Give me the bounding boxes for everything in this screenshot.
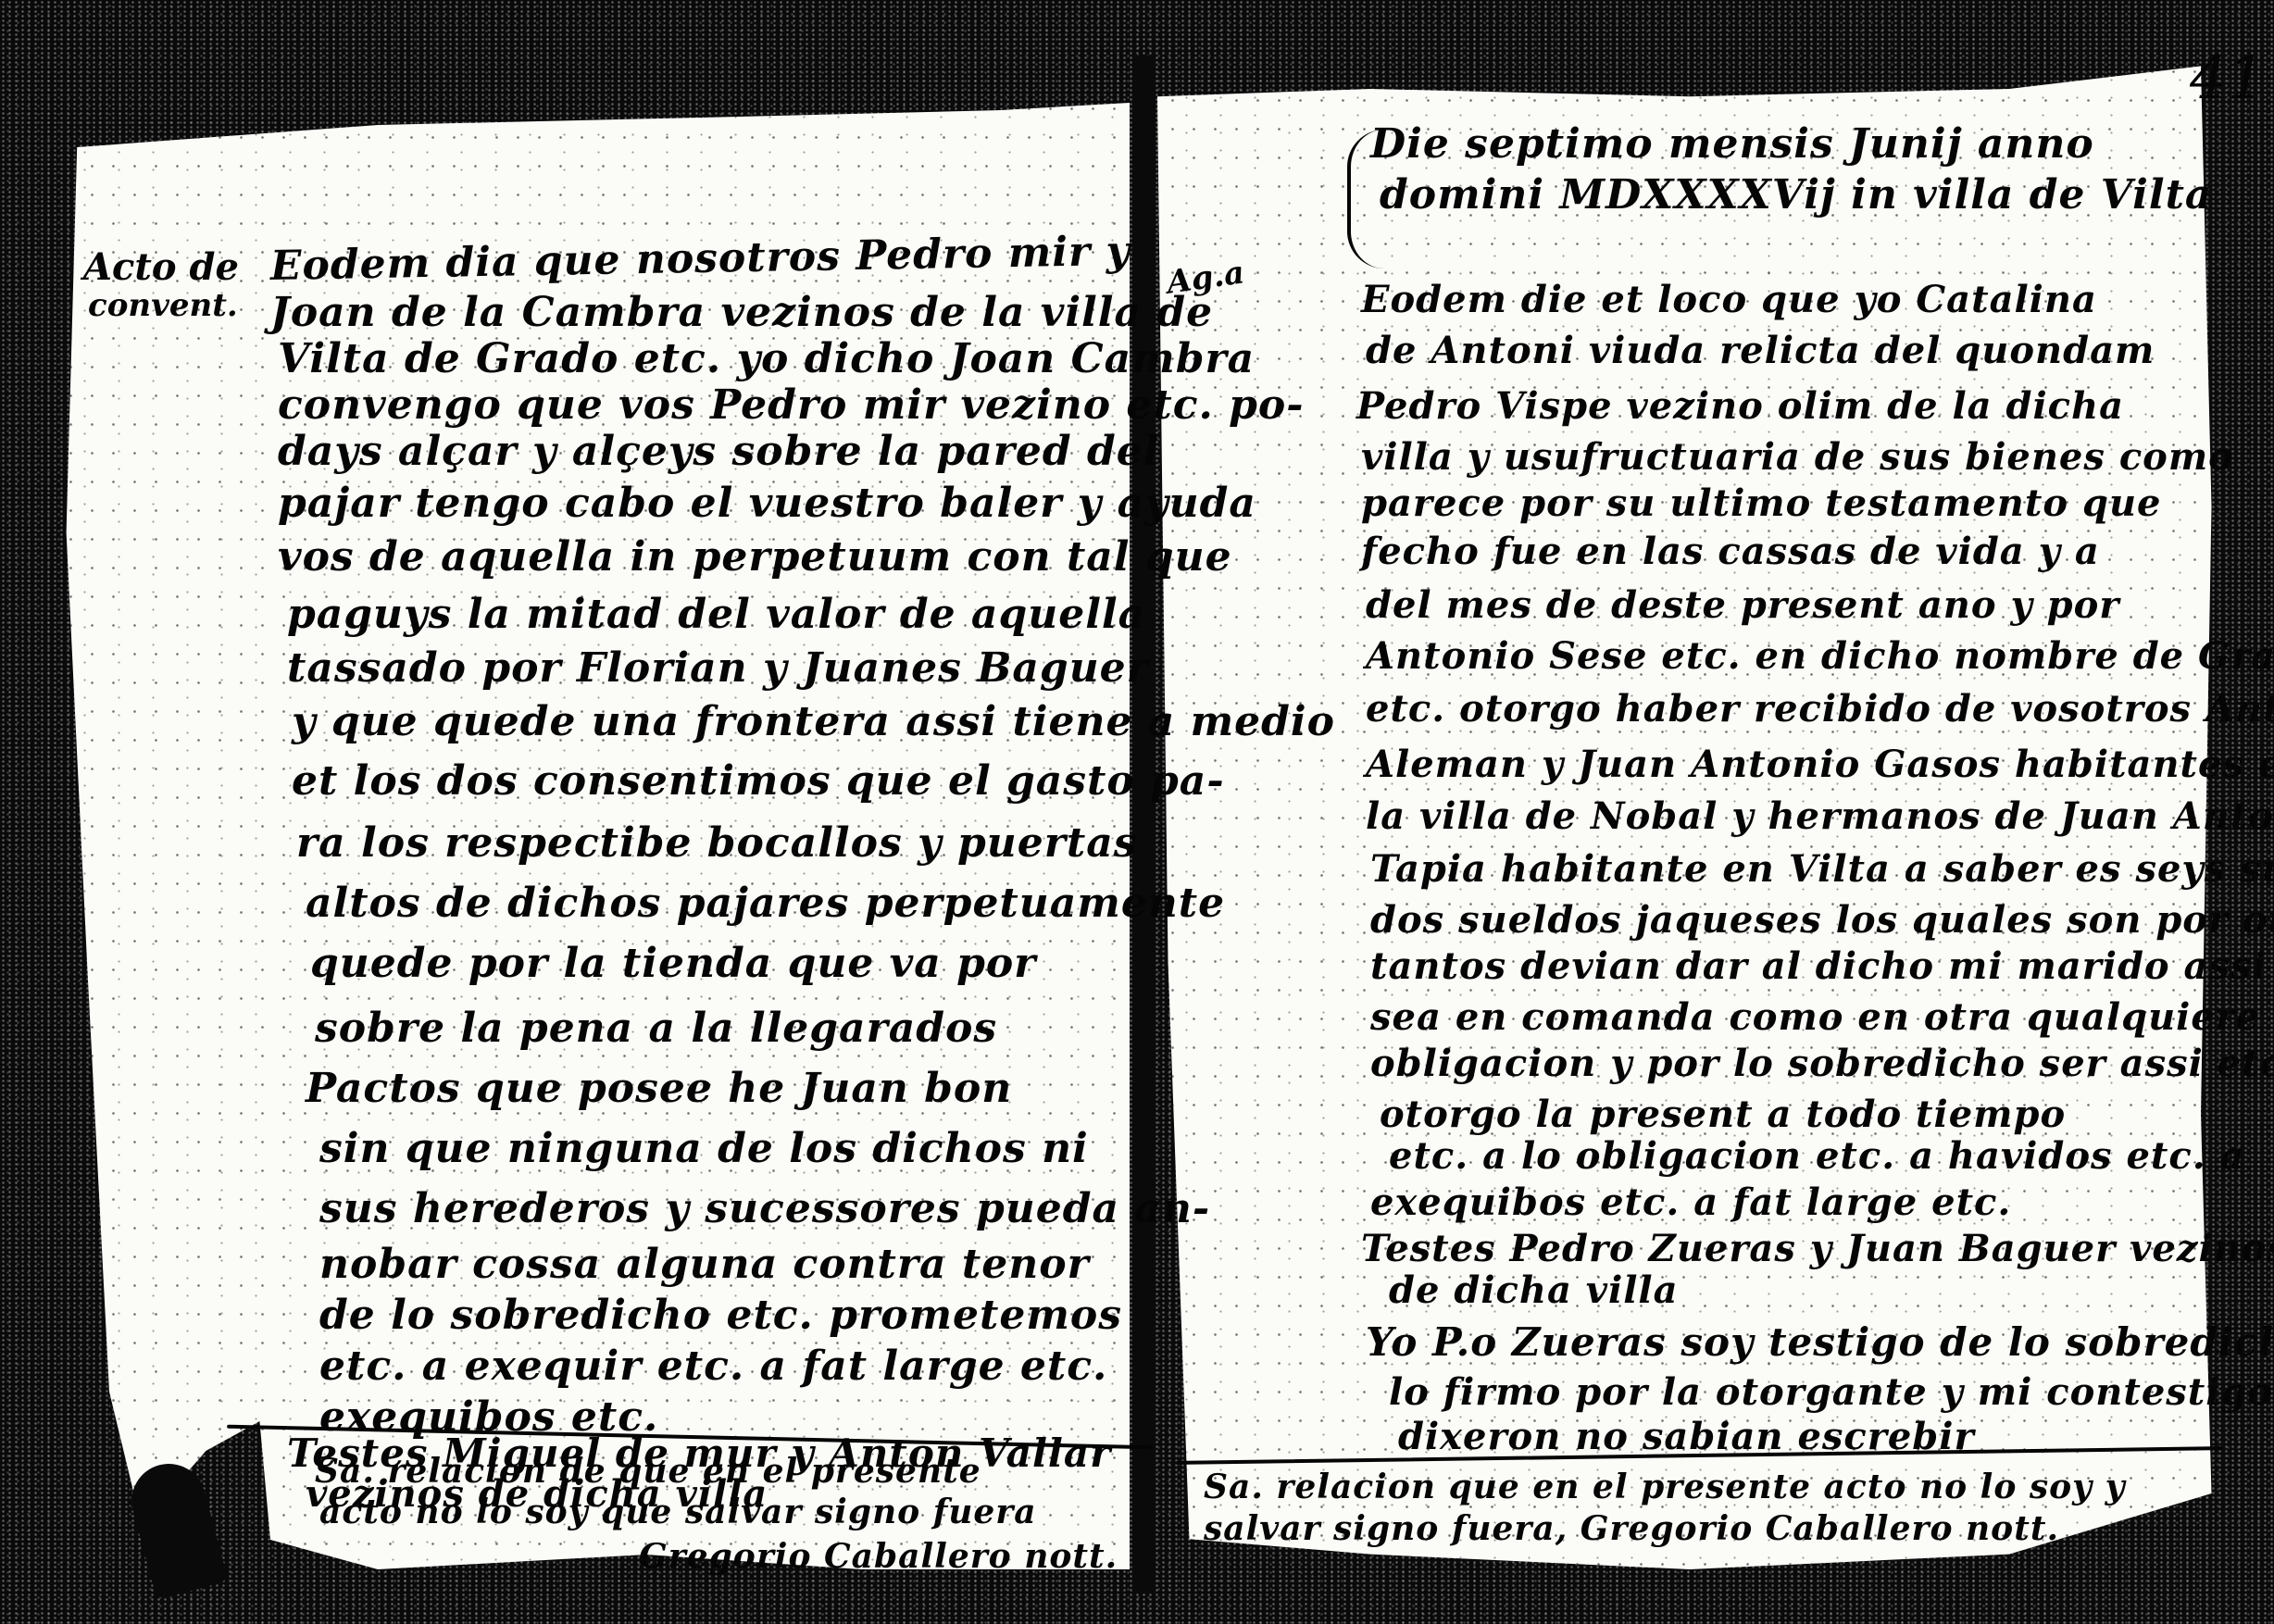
text-line: tantos devian dar al dicho mi marido ass… xyxy=(1370,944,2268,988)
text-line: tassado por Florian y Juanes Baguer xyxy=(287,644,1149,692)
text-line: etc. otorgo haber recibido de vosotros A… xyxy=(1366,687,2274,731)
text-line: sobre la pena a la llegarados xyxy=(315,1005,997,1052)
heading-line: domini MDXXXXVij in villa de Vilta xyxy=(1380,171,2212,219)
text-line: del mes de deste present ano y por xyxy=(1366,583,2119,627)
text-line: de lo sobredicho etc. prometemos xyxy=(319,1292,1122,1339)
witnesses-residence-line: de dicha villa xyxy=(1389,1268,1679,1312)
book-spine-gutter xyxy=(1135,56,1152,1593)
text-line: etc. a lo obligacion etc. a havidos etc.… xyxy=(1389,1134,2245,1178)
text-line: et los dos consentimos que el gasto pa- xyxy=(292,757,1225,805)
text-line: Vilta de Grado etc. yo dicho Joan Cambra xyxy=(278,335,1255,382)
text-line: otorgo la present a todo tiempo xyxy=(1380,1093,2066,1136)
footer-line: Sa. relacion de que en el presente xyxy=(315,1452,981,1491)
text-line: etc. a exequir etc. a fat large etc. xyxy=(319,1343,1107,1390)
text-line: Eodem die et loco que yo Catalina xyxy=(1361,278,2097,321)
text-line: villa y usufructuaria de sus bienes como xyxy=(1361,435,2234,479)
text-line: obligacion y por lo sobredicho ser assi … xyxy=(1370,1042,2274,1085)
text-line: nobar cossa alguna contra tenor xyxy=(319,1241,1090,1288)
text-line: la villa de Nobal y hermanos de Juan Ant… xyxy=(1366,794,2274,838)
text-line: de Antoni viuda relicta del quondam xyxy=(1366,329,2155,372)
footer-line: salvar signo fuera, Gregorio Caballero n… xyxy=(1204,1509,2059,1548)
heading-line: Die septimo mensis Junij anno xyxy=(1370,120,2094,168)
text-line: Tapia habitante en Vilta a saber es seys… xyxy=(1370,847,2274,891)
text-line: Pedro Vispe vezino olim de la dicha xyxy=(1356,384,2124,428)
text-line: convengo que vos Pedro mir vezino etc. p… xyxy=(278,381,1305,429)
text-line: pajar tengo cabo el vuestro baler y ayud… xyxy=(278,480,1256,527)
witness-line: lo firmo por la otorgante y mi contestig… xyxy=(1389,1370,2274,1414)
text-line: vos de aquella in perpetuum con tal que xyxy=(278,533,1232,581)
witnesses-line: Testes Pedro Zueras y Juan Baguer vezino… xyxy=(1361,1227,2274,1270)
text-line: paguys la mitad del valor de aquella xyxy=(287,591,1145,638)
text-line: dos sueldos jaqueses los quales son por … xyxy=(1370,898,2274,942)
text-line: Aleman y Juan Antonio Gasos habitantes e… xyxy=(1366,743,2274,786)
text-line: Pactos que posee he Juan bon xyxy=(306,1065,1012,1112)
text-line: Antonio Sese etc. en dicho nombre de Gra… xyxy=(1366,634,2274,678)
text-line: exequibos etc. a fat large etc. xyxy=(1370,1181,2011,1224)
notary-signature: Gregorio Caballero nott. xyxy=(639,1537,1118,1576)
footer-line: acto no lo soy que salvar signo fuera xyxy=(319,1493,1037,1531)
text-line: ra los respectibe bocallos y puertas xyxy=(296,819,1137,867)
text-line: quede por la tienda que va por xyxy=(310,940,1036,987)
text-line: fecho fue en las cassas de vida y a xyxy=(1361,530,2100,573)
text-line: Joan de la Cambra vezinos de la villa de xyxy=(270,289,1213,336)
folio-number: 41 xyxy=(2190,44,2265,113)
left-margin-note-line-1: Acto de xyxy=(83,245,239,289)
text-line: sus herederos y sucessores pueda an- xyxy=(319,1185,1210,1232)
text-line: y que quede una frontera assi tiene a me… xyxy=(292,698,1335,745)
text-line: sea en comanda como en otra qualquiere xyxy=(1370,995,2260,1039)
text-line: altos de dichos pajares perpetuamente xyxy=(306,880,1225,927)
left-margin-note-line-2: convent. xyxy=(88,287,238,324)
text-line: parece por su ultimo testamento que xyxy=(1361,481,2161,525)
witness-line: Yo P.o Zueras soy testigo de lo sobredic… xyxy=(1366,1319,2274,1365)
text-line: days alçar y alçeys sobre la pared del xyxy=(278,428,1159,475)
footer-line: Sa. relacion que en el presente acto no … xyxy=(1204,1468,2126,1506)
text-line: sin que ninguna de los dichos ni xyxy=(319,1125,1089,1172)
